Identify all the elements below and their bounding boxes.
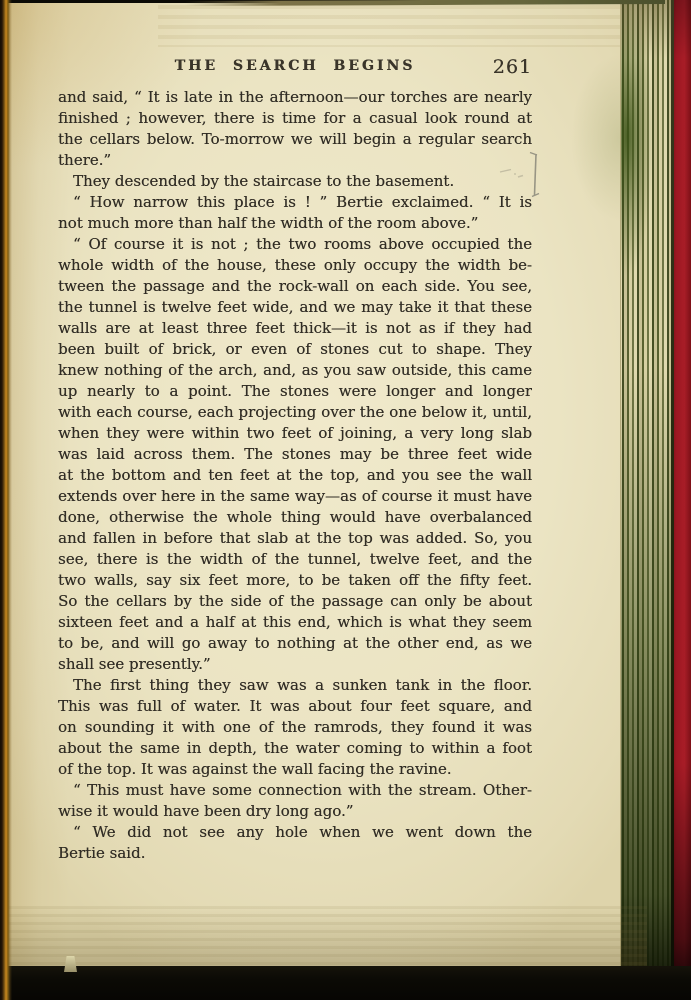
text-line: two walls, say six feet more, to be take… (58, 570, 532, 591)
page-bottom-edges (5, 906, 647, 968)
text-line: “ Of course it is not ; the two rooms ab… (58, 234, 532, 255)
text-line: walls are at least three feet thick—it i… (58, 318, 532, 339)
scanned-book-page: THE SEARCH BEGINS 261 and said, “ It is … (0, 0, 691, 1000)
text-line: the tunnel is twelve feet wide, and we m… (58, 297, 532, 318)
book-fore-edge-pages (614, 0, 674, 972)
text-line: was laid across them. The stones may be … (58, 444, 532, 465)
fore-edge-cover-seam (671, 0, 674, 975)
text-line: knew nothing of the arch, and, as you sa… (58, 360, 532, 381)
text-line: shall see presently.” (58, 654, 532, 675)
text-line: been built of brick, or even of stones c… (58, 339, 532, 360)
text-line: on sounding it with one of the ramrods, … (58, 717, 532, 738)
text-line: So the cellars by the side of the passag… (58, 591, 532, 612)
text-line: whole width of the house, these only occ… (58, 255, 532, 276)
text-line: see, there is the width of the tunnel, t… (58, 549, 532, 570)
text-line: and fallen in before that slab at the to… (58, 528, 532, 549)
text-line: “ We did not see any hole when we went d… (58, 822, 532, 843)
text-line: extends over here in the same way—as of … (58, 486, 532, 507)
text-line: “ This must have some connection with th… (58, 780, 532, 801)
text-line: They descended by the staircase to the b… (58, 171, 532, 192)
page-number: 261 (493, 56, 532, 78)
text-line: there.” (58, 150, 532, 171)
page-title: THE SEARCH BEGINS (58, 58, 532, 74)
text-line: wise it would have been dry long ago.” (58, 801, 532, 822)
text-line: The first thing they saw was a sunken ta… (58, 675, 532, 696)
text-line: This was full of water. It was about fou… (58, 696, 532, 717)
text-line: of the top. It was against the wall faci… (58, 759, 532, 780)
text-line: done, otherwise the whole thing would ha… (58, 507, 532, 528)
pencil-margin-mark (496, 148, 544, 204)
book-gutter (0, 0, 12, 1000)
text-line: tween the passage and the rock-wall on e… (58, 276, 532, 297)
text-line: “ How narrow this place is ! ” Bertie ex… (58, 192, 532, 213)
page-top-edge-streaks (158, 5, 620, 47)
text-line: sixteen feet and a half at this end, whi… (58, 612, 532, 633)
text-line: to be, and will go away to nothing at th… (58, 633, 532, 654)
text-line: Bertie said. (58, 843, 532, 864)
text-line: with each course, each projecting over t… (58, 402, 532, 423)
text-column: and said, “ It is late in the afternoon—… (58, 87, 532, 864)
text-line: finished ; however, there is time for a … (58, 108, 532, 129)
text-line: at the bottom and ten feet at the top, a… (58, 465, 532, 486)
text-line: the cellars below. To-morrow we will beg… (58, 129, 532, 150)
text-line: when they were within two feet of joinin… (58, 423, 532, 444)
running-head: THE SEARCH BEGINS 261 (58, 56, 532, 80)
text-line: up nearly to a point. The stones were lo… (58, 381, 532, 402)
text-line: not much more than half the width of the… (58, 213, 532, 234)
text-line: and said, “ It is late in the afternoon—… (58, 87, 532, 108)
bottom-shadow (0, 966, 691, 1000)
text-line: about the same in depth, the water comin… (58, 738, 532, 759)
